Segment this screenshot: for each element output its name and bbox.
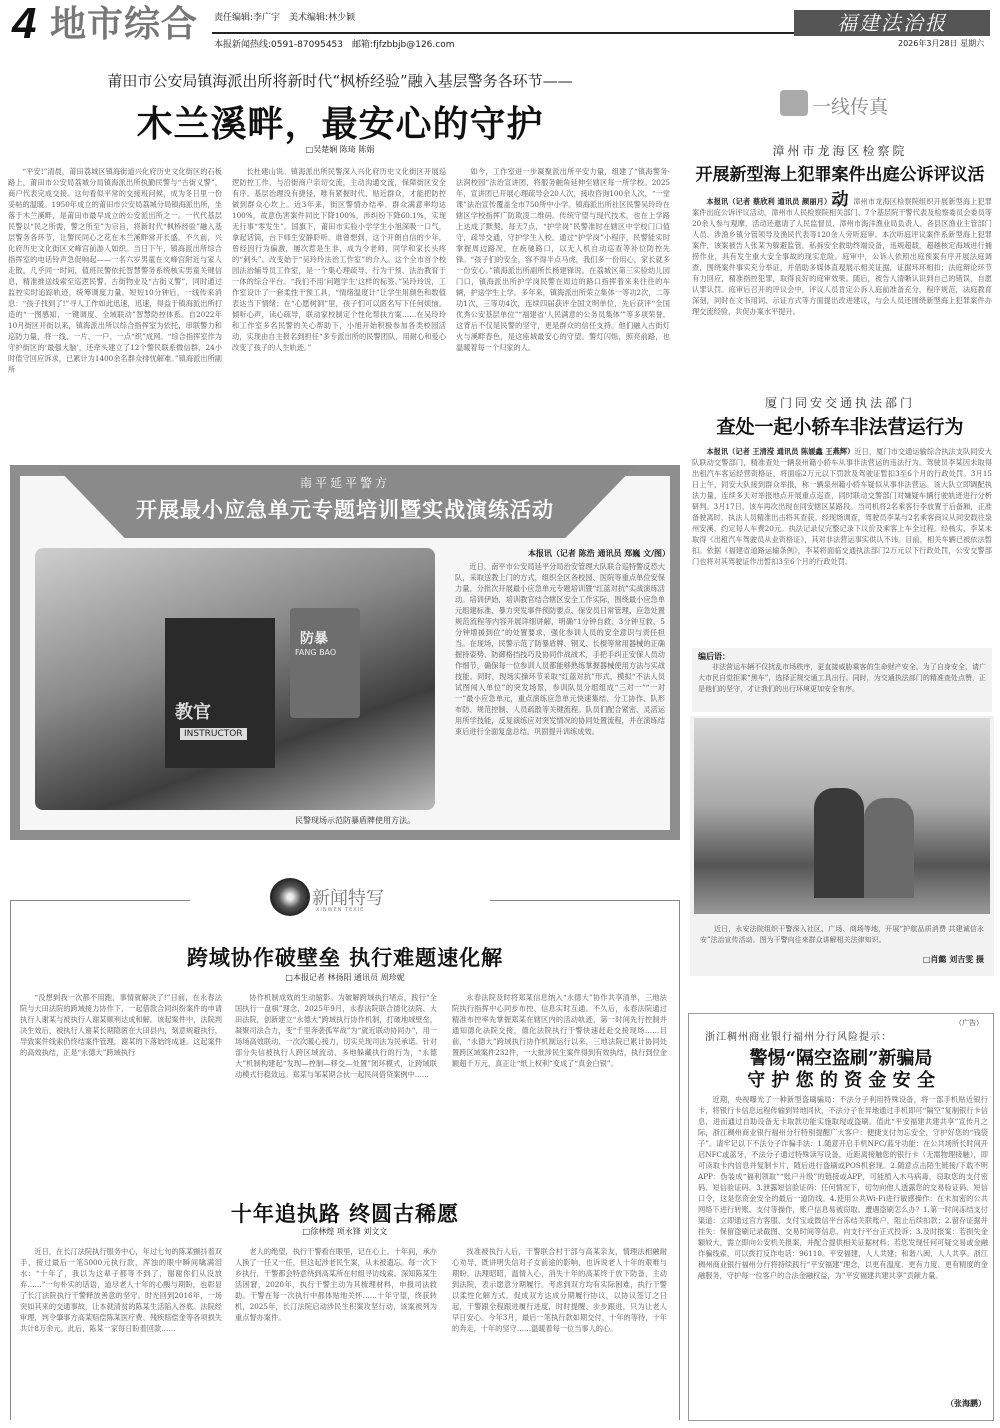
nanping-lead: 本报讯（记者 陈浩 通讯员 郑巍 文/图） (455, 548, 670, 559)
feature1-col-3: 永春法院及时将郑某信息纳入“永德大”协作共享清单，三地法院执行指挥中心同步布控、… (452, 992, 667, 1182)
lead-byline: □吴楚娴 陈琦 陈娟 (0, 144, 680, 155)
masthead-rule (212, 32, 794, 34)
court-photo-credit: □肖懿 刘吉雯 摄 (890, 954, 984, 965)
fax-story2-text: 近日，厦门市交通运输综合执法支队同安大队联动交警部门，精准查处一辆泉州籍小轿车从… (692, 447, 992, 566)
shield-text: 防暴 (300, 628, 328, 648)
training-photo: 教官 INSTRUCTOR 防暴 FANG BAO (35, 548, 435, 810)
hotline-line: 本报新闻热线:0591-87095453 邮箱:fjfzbbjb@126.com (214, 37, 455, 50)
court-outreach-photo (694, 718, 990, 914)
court-photo-caption: 近日，永安法院组织干警深入社区、广场、商场等地，开展“护航品质消费 共建诚信永安… (700, 924, 984, 958)
nanping-body: 近日，南平市公安局延平分局治安管理大队联合巡特警反恐大队，采取送教上门的方式，组… (455, 561, 665, 823)
editor-note-box: 编后语： 非法营运车辆不仅扰乱市场秩序，更直接威胁乘客的生命财产安全。为了自身安… (692, 648, 992, 712)
fax-story2-headline: 查处一起小轿车非法营运行为 (690, 412, 990, 439)
feature2-col-1: 近日，在长汀法院执行服务中心，年过七旬的陈某颤抖着双手，接过最后一笔5000元执… (20, 1246, 222, 1422)
ad-tag: （广告） (955, 1018, 983, 1028)
judge-figure (814, 788, 864, 898)
shield-text-en: FANG BAO (295, 648, 336, 657)
officer-figure (165, 618, 275, 768)
fax-story1-lead: 本报讯（记者 蔡欣利 通讯员 颜丽月） (706, 197, 831, 206)
camera-icon (270, 878, 310, 916)
feature2-headline: 十年追执路 终圆古稀愿 (10, 1198, 680, 1228)
ad-headline-2: 守 护 您 的 资 金 安 全 (688, 1066, 994, 1092)
feature1-col-2: 协作机制成效的生动缩影。为破解跨域执行堵点，践行“全国执行一盘棋”理念，2025… (235, 992, 437, 1182)
resident-figure (864, 798, 914, 898)
fax-story2-body: 本报讯（记者 王清滢 通讯员 陈媛鑫 王燕辉）近日，厦门市交通运输综合执法支队同… (692, 446, 992, 646)
ad-kicker: 浙江稠州商业银行福州分行风险提示： (705, 1028, 892, 1043)
lead-col-2: 长杜建山说。镇海派出所民警深入兴化府历史文化街区开展巡逻防控工作，与沿街商户亲切… (232, 166, 446, 456)
section-name: 地市综合 (50, 4, 198, 44)
court-photo-box: 近日，永安法院组织干警深入社区、广场、商场等地，开展“护航品质消费 共建诚信永安… (690, 716, 994, 976)
paper-logo: 福建法治报 (794, 10, 990, 36)
ad-body: 近期，央视曝光了一种新型盗刷骗局：不法分子利用特殊设备，将一部手机贴近银行卡，将… (698, 1094, 988, 1394)
feature-label-pinyin: XINWEN TEXIE (316, 907, 364, 913)
fax-story2-lead: 本报讯（记者 王清滢 通讯员 陈媛鑫 王燕辉） (706, 447, 854, 456)
vest-instructor-en: INSTRUCTOR (180, 728, 247, 740)
fax-story1-kicker: 漳州市龙海区检察院 (690, 142, 990, 159)
issue-date: 2026年3月28日 星期六 (898, 38, 984, 49)
editor-note-text: 非法营运车辆不仅扰乱市场秩序，更直接威胁乘客的生命财产安全。为了自身安全，请广大… (698, 662, 986, 712)
fax-story1-text: 近日，漳州市龙海区检察院组织开展新型海上犯罪案件出庭公诉评议活动，漳州市人民检察… (692, 197, 992, 316)
editors-line: 责任编辑:李广宇 美术编辑:林少颖 (214, 10, 355, 23)
nanping-headline: 开展最小应急单元专题培训暨实战演练活动 (55, 494, 635, 524)
page-number: 4 (12, 2, 36, 46)
fax-icon (780, 90, 808, 116)
vest-instructor-text: 教官 (175, 698, 211, 724)
nanping-kicker: 南平延平警方 (55, 474, 635, 491)
lead-col-3: 如今，工作室进一步凝聚派出所平安力量，组建了“镇海警务·法润校园”法治宣讲团，将… (456, 166, 670, 456)
feature1-col-1: “没想到我一次都不用跑，事情就解决了!”日前，在永春法院与大田法院的跨域接力协作… (20, 992, 222, 1182)
fax-story1-body: 本报讯（记者 蔡欣利 通讯员 颜丽月）近日，漳州市龙海区检察院组织开展新型海上犯… (692, 196, 992, 366)
fax-section-label: 一线传真 (812, 92, 888, 119)
lead-headline: 木兰溪畔，最安心的守护 (0, 96, 680, 147)
fax-story2-kicker: 厦门同安交通执法部门 (690, 394, 990, 411)
lead-kicker: 莆田市公安局镇海派出所将新时代“枫桥经验”融入基层警务各环节—— (0, 70, 680, 91)
riot-shield (290, 608, 360, 718)
feature1-byline: □本报记者 林扬阳 通讯员 周珍妮 (10, 972, 680, 983)
feature2-col-3: 找准被执行人后，干警联合村干部与高某亲友，情理法相融耐心劝导，既讲明失信对子女前… (452, 1246, 667, 1422)
feature1-headline: 跨域协作破壁垒 执行难题速化解 (10, 942, 680, 972)
feature2-byline: □徐林煌 项永锋 刘文文 (10, 1226, 680, 1237)
feature2-col-2: 老人的绝望，执行干警看在眼里，记在心上。十年间，承办人换了一任又一任，但这起涉老… (235, 1246, 437, 1422)
training-photo-caption: 民警现场示范防暴盾牌使用方法。 (295, 815, 415, 826)
editor-note-label: 编后语： (698, 651, 986, 662)
lead-col-1: “平安!”清晨，莆田荔城区镇海街道兴化府历史文化街区的石板路上，莆田市公安局荔城… (8, 166, 222, 456)
ad-signature: （张海鹏） (920, 1398, 986, 1409)
